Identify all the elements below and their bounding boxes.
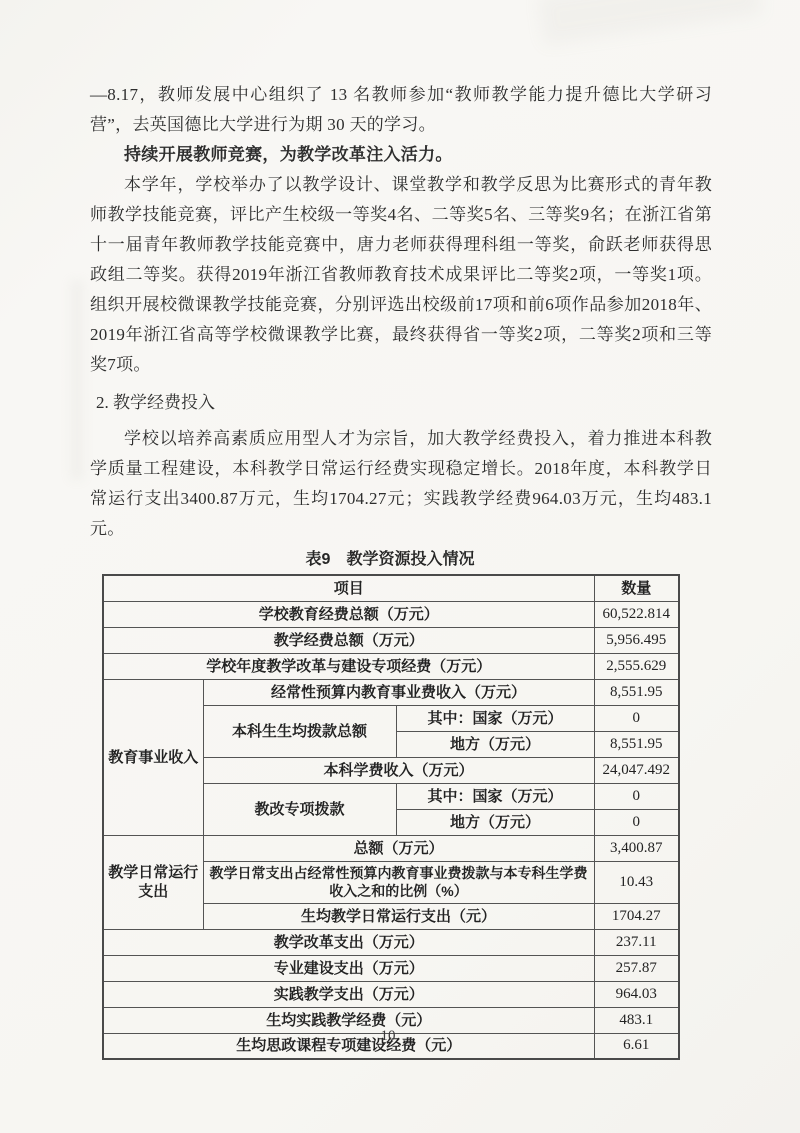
table-cell-value: 0	[594, 705, 679, 731]
table-group-label-income: 教育事业收入	[103, 679, 203, 835]
page-number: 10	[0, 1028, 776, 1045]
table-cell-value: 24,047.492	[594, 757, 679, 783]
table-cell-label: 本科学费收入（万元）	[203, 757, 594, 783]
page-content: —8.17，教师发展中心组织了 13 名教师参加“教师教学能力提升德比大学研习营…	[90, 80, 712, 1060]
table-cell-value: 964.03	[594, 981, 679, 1007]
table-cell-label: 经常性预算内教育事业费收入（万元）	[203, 679, 594, 705]
table-cell-label: 专业建设支出（万元）	[103, 955, 594, 981]
table-cell-label: 学校年度教学改革与建设专项经费（万元）	[103, 653, 594, 679]
table-cell-value: 0	[594, 809, 679, 835]
table-cell-value: 3,400.87	[594, 835, 679, 861]
column-header-item: 项目	[103, 575, 594, 601]
table-row: 教学改革支出（万元） 237.11	[103, 929, 679, 955]
table-cell-value: 8,551.95	[594, 731, 679, 757]
table-cell-label: 实践教学支出（万元）	[103, 981, 594, 1007]
paragraph-funding: 学校以培养高素质应用型人才为宗旨，加大教学经费投入，着力推进本科教学质量工程建设…	[90, 424, 712, 544]
table-subgroup-label-reform: 教改专项拨款	[203, 783, 396, 835]
table-cell-label: 其中：国家（万元）	[396, 783, 594, 809]
table-cell-value: 237.11	[594, 929, 679, 955]
paragraph-emphasis: 持续开展教师竞赛，为教学改革注入活力。	[90, 140, 712, 170]
column-header-quantity: 数量	[594, 575, 679, 601]
table-cell-label: 总额（万元）	[203, 835, 594, 861]
table-cell-value: 10.43	[594, 861, 679, 903]
table-row: 实践教学支出（万元） 964.03	[103, 981, 679, 1007]
scan-artifact-left	[70, 280, 84, 480]
table-row: 学校年度教学改革与建设专项经费（万元） 2,555.629	[103, 653, 679, 679]
table-cell-value: 60,522.814	[594, 601, 679, 627]
table-cell-label: 教学经费总额（万元）	[103, 627, 594, 653]
table-cell-label: 学校教育经费总额（万元）	[103, 601, 594, 627]
section-heading: 2. 教学经费投入	[96, 390, 712, 416]
table-row: 教育事业收入 经常性预算内教育事业费收入（万元） 8,551.95	[103, 679, 679, 705]
table-caption: 表9 教学资源投入情况	[102, 548, 678, 572]
table-cell-label: 教学改革支出（万元）	[103, 929, 594, 955]
table-group-label-daily-expense: 教学日常运行支出	[103, 835, 203, 929]
table-subgroup-label-allocation: 本科生生均拨款总额	[203, 705, 396, 757]
table-cell-value: 2,555.629	[594, 653, 679, 679]
paragraph-competitions: 本学年，学校举办了以教学设计、课堂教学和教学反思为比赛形式的青年教师教学技能竞赛…	[90, 170, 712, 380]
table-cell-value: 8,551.95	[594, 679, 679, 705]
table-row: 教学日常运行支出 总额（万元） 3,400.87	[103, 835, 679, 861]
table-header-row: 项目 数量	[103, 575, 679, 601]
table-cell-value: 257.87	[594, 955, 679, 981]
table-cell-label: 地方（万元）	[396, 731, 594, 757]
table-cell-label: 其中：国家（万元）	[396, 705, 594, 731]
table-row: 专业建设支出（万元） 257.87	[103, 955, 679, 981]
resource-investment-table: 项目 数量 学校教育经费总额（万元） 60,522.814 教学经费总额（万元）…	[102, 574, 680, 1060]
table-cell-value: 0	[594, 783, 679, 809]
table-cell-label: 生均教学日常运行支出（元）	[203, 903, 594, 929]
document-page: —8.17，教师发展中心组织了 13 名教师参加“教师教学能力提升德比大学研习营…	[0, 0, 800, 1133]
table-cell-value: 5,956.495	[594, 627, 679, 653]
table-cell-value: 1704.27	[594, 903, 679, 929]
table-cell-label: 教学日常支出占经常性预算内教育事业费拨款与本专科生学费收入之和的比例（%）	[203, 861, 594, 903]
paragraph-continuation: —8.17，教师发展中心组织了 13 名教师参加“教师教学能力提升德比大学研习营…	[90, 80, 712, 140]
table-cell-label: 地方（万元）	[396, 809, 594, 835]
table-row: 教学经费总额（万元） 5,956.495	[103, 627, 679, 653]
scan-artifact-top	[538, 0, 763, 45]
table-row: 学校教育经费总额（万元） 60,522.814	[103, 601, 679, 627]
